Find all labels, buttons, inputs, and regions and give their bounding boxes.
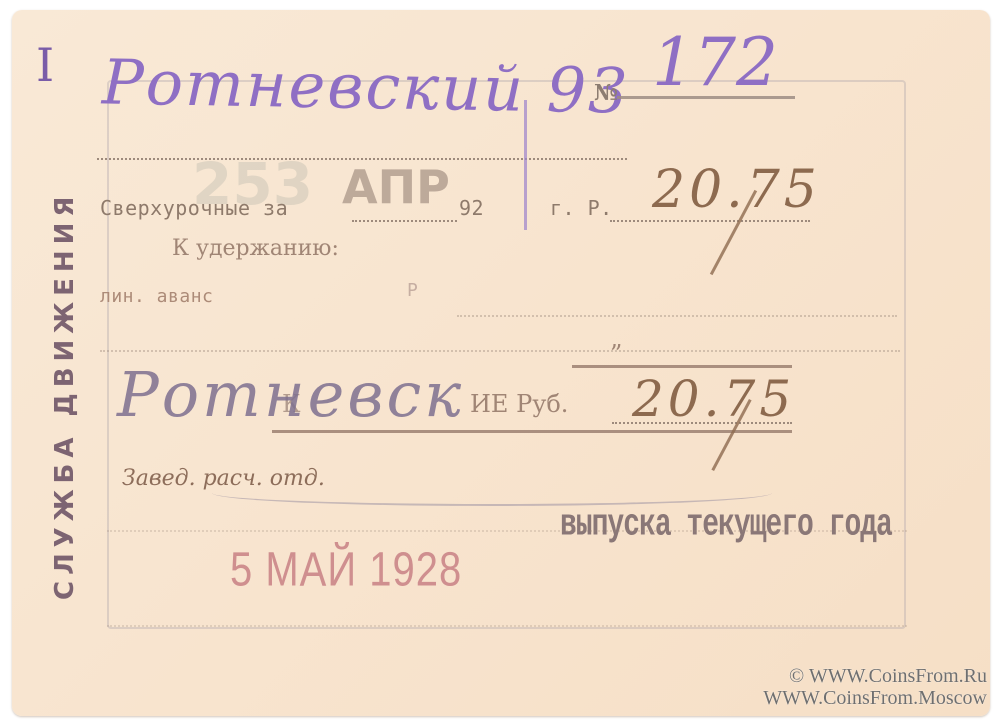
signature-flourish (212, 480, 772, 506)
advance-line (457, 315, 897, 317)
year-prefix: 92 (459, 196, 484, 220)
watermark: © WWW.CoinsFrom.Ru WWW.CoinsFrom.Moscow (652, 665, 987, 709)
total-label: ИЕ Руб. (470, 390, 568, 418)
quote-mark: ” (610, 340, 622, 368)
deduction-line (100, 350, 900, 352)
faint-bottom-line-2 (107, 625, 907, 627)
number-label: № (594, 80, 618, 106)
number-value: 172 (652, 24, 778, 101)
advance-currency: Р (407, 280, 418, 301)
overtime-label: Сверхурочные за (100, 196, 288, 220)
document-paper: 253 I СЛУЖБА ДВИЖЕНИЯ Ротневский 93 № 17… (12, 10, 990, 716)
total-amount: 20.75 (632, 370, 795, 428)
vertical-department-stamp: СЛУЖБА ДВИЖЕНИЯ (50, 120, 80, 600)
date-stamp: 5 МАЙ 1928 (230, 544, 462, 598)
margin-mark: I (36, 38, 54, 92)
recipient-handwritten: Ротневский 93 (101, 45, 630, 127)
deductions-label: К удержанию: (172, 236, 339, 261)
issue-stamp: выпуска текущего года (560, 505, 892, 547)
faint-bottom-line-1 (107, 530, 907, 532)
watermark-line-1: © WWW.CoinsFrom.Ru (652, 665, 987, 687)
year-suffix: г. Р. (550, 196, 613, 220)
watermark-line-2: WWW.CoinsFrom.Moscow (652, 687, 987, 709)
violet-stroke (524, 100, 527, 230)
month-stamp: АПР (342, 160, 450, 214)
advance-label: лин. аванс (100, 286, 213, 307)
subtotal-rule (572, 365, 792, 368)
overtime-amount-line (610, 220, 810, 222)
signature-handwritten: Ротневск (117, 358, 464, 431)
month-line (352, 220, 457, 222)
overtime-amount: 20.75 (652, 160, 821, 220)
